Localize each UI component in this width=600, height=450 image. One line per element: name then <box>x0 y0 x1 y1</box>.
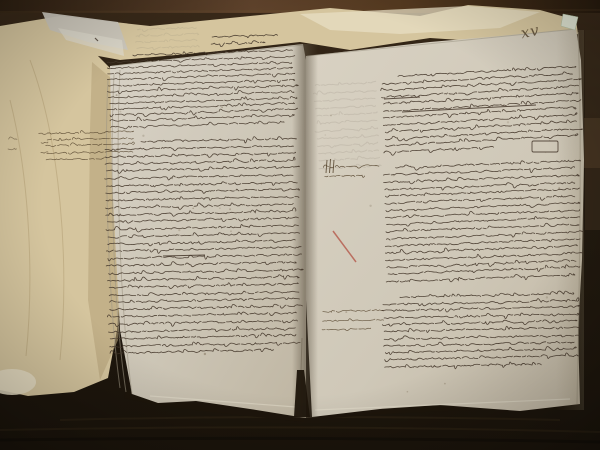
vignette-overlay <box>0 0 600 450</box>
manuscript-photo: xv <box>0 0 600 450</box>
